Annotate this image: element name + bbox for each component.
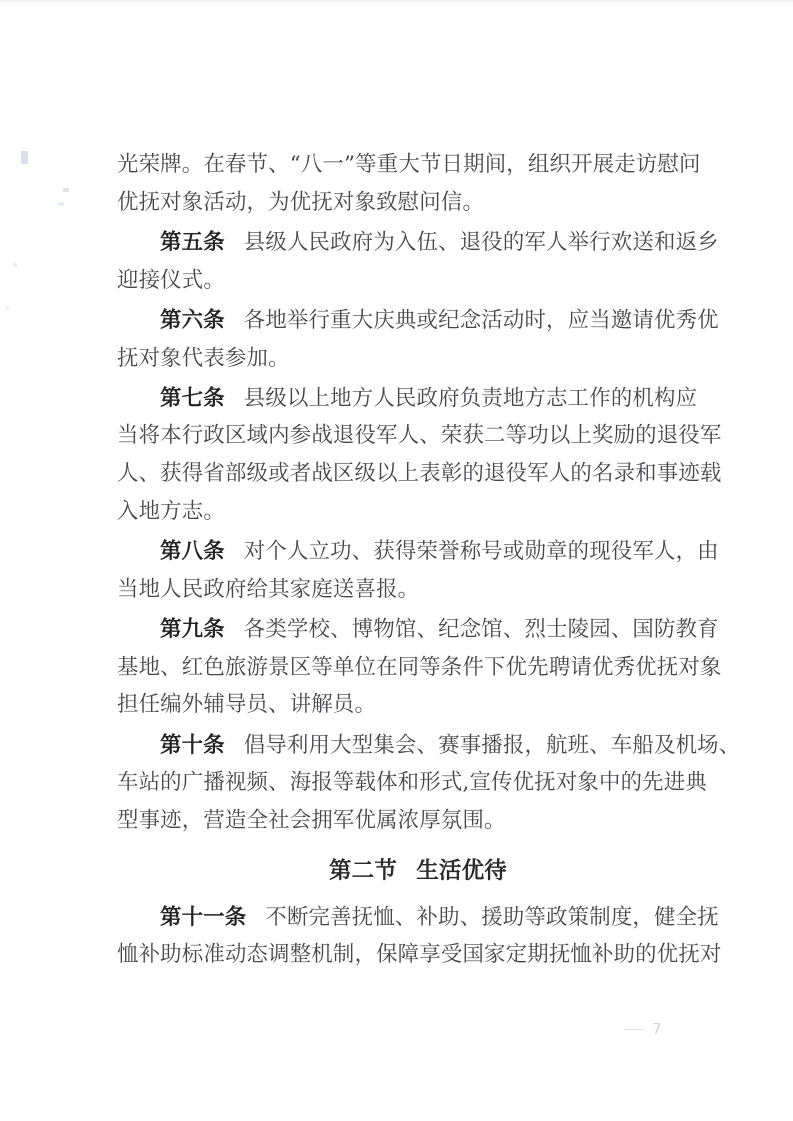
scan-artifact (6, 307, 9, 310)
text-line: 第十条倡导利用大型集会、赛事播报，航班、车船及机场、 (117, 727, 719, 765)
article-term: 第十条 (160, 733, 225, 758)
section-number: 第二节 (329, 858, 397, 884)
text-line: 当将本行政区域内参战退役军人、荣获二等功以上奖励的退役军 (117, 417, 719, 455)
text-line: 第八条对个人立功、获得荣誉称号或勋章的现役军人，由 (117, 533, 719, 571)
text-line: 担任编外辅导员、讲解员。 (117, 686, 719, 724)
line-text: 担任编外辅导员、讲解员。 (117, 692, 376, 717)
paragraph-article-8: 第八条对个人立功、获得荣誉称号或勋章的现役军人，由 当地人民政府给其家庭送喜报。 (117, 533, 719, 608)
line-text: 抚对象代表参加。 (117, 346, 290, 371)
line-text: 各类学校、博物馆、纪念馆、烈士陵园、国防教育 (244, 617, 719, 642)
paragraph-article-7: 第七条县级以上地方人民政府负责地方志工作的机构应 当将本行政区域内参战退役军人、… (117, 380, 719, 531)
text-line: 当地人民政府给其家庭送喜报。 (117, 571, 719, 609)
line-text: 倡导利用大型集会、赛事播报，航班、车船及机场、 (244, 733, 741, 758)
text-line: 恤补助标准动态调整机制，保障享受国家定期抚恤补助的优抚对 (117, 936, 719, 974)
line-text: 不断完善抚恤、补助、援助等政策制度，健全抚 (265, 905, 718, 930)
scan-artifact (63, 188, 69, 192)
line-text: 县级人民政府为入伍、退役的军人举行欢送和返乡 (244, 230, 719, 255)
article-term: 第五条 (160, 230, 225, 255)
text-line: 第五条县级人民政府为入伍、退役的军人举行欢送和返乡 (117, 224, 719, 262)
document-body: 光荣牌。在春节、“八一”等重大节日期间，组织开展走访慰问 优抚对象活动，为优抚对… (117, 146, 719, 977)
section-header: 第二节生活优待 (117, 851, 719, 891)
text-line: 基地、红色旅游景区等单位在同等条件下优先聘请优秀优抚对象 (117, 649, 719, 687)
paragraph-article-11: 第十一条不断完善抚恤、补助、援助等政策制度，健全抚 恤补助标准动态调整机制，保障… (117, 899, 719, 974)
text-line: 抚对象代表参加。 (117, 340, 719, 378)
article-term: 第七条 (160, 386, 225, 411)
text-line: 第六条各地举行重大庆典或纪念活动时，应当邀请优秀优 (117, 302, 719, 340)
paragraph-article-10: 第十条倡导利用大型集会、赛事播报，航班、车船及机场、 车站的广播视频、海报等载体… (117, 727, 719, 840)
line-text: 各地举行重大庆典或纪念活动时，应当邀请优秀优 (244, 308, 719, 333)
article-term: 第十一条 (160, 905, 246, 930)
text-line: 入地方志。 (117, 493, 719, 531)
line-text: 县级以上地方人民政府负责地方志工作的机构应 (244, 386, 697, 411)
section-title: 生活优待 (416, 858, 507, 884)
line-text: 优抚对象活动，为优抚对象致慰问信。 (117, 190, 484, 215)
article-term: 第六条 (160, 308, 225, 333)
text-line: 优抚对象活动，为优抚对象致慰问信。 (117, 184, 719, 222)
scan-artifact (58, 202, 64, 206)
text-line: 第七条县级以上地方人民政府负责地方志工作的机构应 (117, 380, 719, 418)
line-text: 光荣牌。在春节、“八一”等重大节日期间，组织开展走访慰问 (117, 152, 701, 177)
article-term: 第九条 (160, 617, 225, 642)
text-line: 第九条各类学校、博物馆、纪念馆、烈士陵园、国防教育 (117, 611, 719, 649)
paragraph-article-9: 第九条各类学校、博物馆、纪念馆、烈士陵园、国防教育 基地、红色旅游景区等单位在同… (117, 611, 719, 724)
line-text: 对个人立功、获得荣誉称号或勋章的现役军人，由 (244, 539, 719, 564)
paragraph-article-6: 第六条各地举行重大庆典或纪念活动时，应当邀请优秀优 抚对象代表参加。 (117, 302, 719, 377)
text-line: 人、获得省部级或者战区级以上表彰的退役军人的名录和事迹载 (117, 455, 719, 493)
line-text: 迎接仪式。 (117, 268, 225, 293)
text-line: 光荣牌。在春节、“八一”等重大节日期间，组织开展走访慰问 (117, 146, 719, 184)
line-text: 车站的广播视频、海报等载体和形式,宣传优抚对象中的先进典 (117, 770, 707, 795)
line-text: 当地人民政府给其家庭送喜报。 (117, 577, 419, 602)
scan-artifact (21, 151, 28, 164)
page-number: 7 (652, 1020, 662, 1038)
paragraph-article-5: 第五条县级人民政府为入伍、退役的军人举行欢送和返乡 迎接仪式。 (117, 224, 719, 299)
text-line: 迎接仪式。 (117, 262, 719, 300)
paragraph-continuation: 光荣牌。在春节、“八一”等重大节日期间，组织开展走访慰问 优抚对象活动，为优抚对… (117, 146, 719, 221)
scan-artifact (13, 263, 17, 267)
text-line: 第十一条不断完善抚恤、补助、援助等政策制度，健全抚 (117, 899, 719, 937)
line-text: 人、获得省部级或者战区级以上表彰的退役军人的名录和事迹载 (117, 461, 722, 486)
line-text: 恤补助标准动态调整机制，保障享受国家定期抚恤补助的优抚对 (117, 942, 722, 967)
line-text: 当将本行政区域内参战退役军人、荣获二等功以上奖励的退役军 (117, 423, 722, 448)
text-line: 车站的广播视频、海报等载体和形式,宣传优抚对象中的先进典 (117, 764, 719, 802)
text-line: 型事迹，营造全社会拥军优属浓厚氛围。 (117, 802, 719, 840)
article-term: 第八条 (160, 539, 225, 564)
line-text: 型事迹，营造全社会拥军优属浓厚氛围。 (117, 808, 506, 833)
line-text: 基地、红色旅游景区等单位在同等条件下优先聘请优秀优抚对象 (117, 655, 722, 680)
line-text: 入地方志。 (117, 499, 225, 524)
scanned-page: 光荣牌。在春节、“八一”等重大节日期间，组织开展走访慰问 优抚对象活动，为优抚对… (0, 0, 793, 1121)
